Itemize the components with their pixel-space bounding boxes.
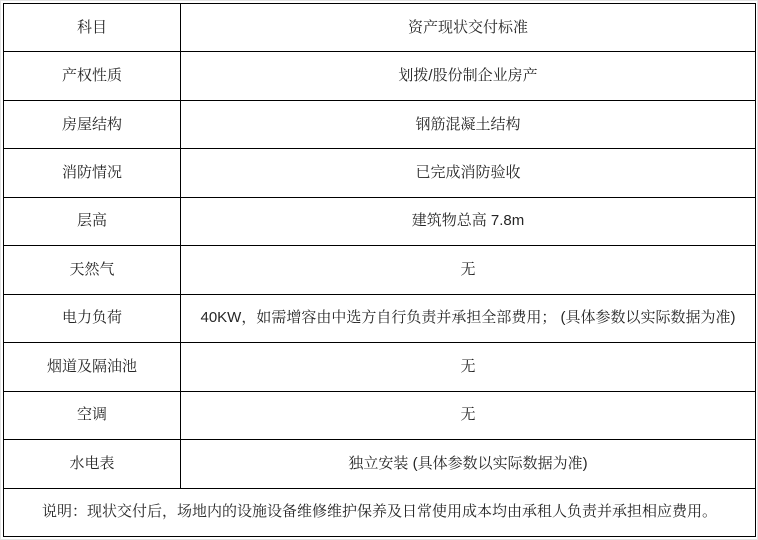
table-row: 产权性质 划拨/股份制企业房产 — [4, 52, 756, 100]
row-label: 层高 — [4, 197, 181, 245]
row-label: 消防情况 — [4, 149, 181, 197]
row-value: 建筑物总高 7.8m — [181, 197, 756, 245]
table-row: 水电表 独立安装 (具体参数以实际数据为准) — [4, 440, 756, 488]
row-label: 水电表 — [4, 440, 181, 488]
row-label: 产权性质 — [4, 52, 181, 100]
row-value: 无 — [181, 391, 756, 439]
document-page: 科目 资产现状交付标准 产权性质 划拨/股份制企业房产 房屋结构 钢筋混凝土结构… — [0, 0, 758, 540]
row-value: 无 — [181, 343, 756, 391]
note-row: 说明：现状交付后，场地内的设施设备维修维护保养及日常使用成本均由承租人负责并承担… — [4, 488, 756, 536]
row-value: 40KW，如需增容由中选方自行负责并承担全部费用； (具体参数以实际数据为准) — [181, 294, 756, 342]
table-row: 房屋结构 钢筋混凝土结构 — [4, 100, 756, 148]
row-value: 独立安装 (具体参数以实际数据为准) — [181, 440, 756, 488]
table-row: 层高 建筑物总高 7.8m — [4, 197, 756, 245]
row-label: 空调 — [4, 391, 181, 439]
table-row: 空调 无 — [4, 391, 756, 439]
row-label: 天然气 — [4, 246, 181, 294]
row-label: 烟道及隔油池 — [4, 343, 181, 391]
table-row: 消防情况 已完成消防验收 — [4, 149, 756, 197]
row-value: 钢筋混凝土结构 — [181, 100, 756, 148]
row-value: 已完成消防验收 — [181, 149, 756, 197]
note-text: 说明：现状交付后，场地内的设施设备维修维护保养及日常使用成本均由承租人负责并承担… — [4, 488, 756, 536]
asset-delivery-standard-table: 科目 资产现状交付标准 产权性质 划拨/股份制企业房产 房屋结构 钢筋混凝土结构… — [3, 3, 756, 537]
table-header-row: 科目 资产现状交付标准 — [4, 4, 756, 52]
row-value: 无 — [181, 246, 756, 294]
row-label: 电力负荷 — [4, 294, 181, 342]
row-label: 房屋结构 — [4, 100, 181, 148]
table-row: 电力负荷 40KW，如需增容由中选方自行负责并承担全部费用； (具体参数以实际数… — [4, 294, 756, 342]
row-value: 划拨/股份制企业房产 — [181, 52, 756, 100]
header-label-cell: 科目 — [4, 4, 181, 52]
table-row: 烟道及隔油池 无 — [4, 343, 756, 391]
header-value-cell: 资产现状交付标准 — [181, 4, 756, 52]
table-row: 天然气 无 — [4, 246, 756, 294]
